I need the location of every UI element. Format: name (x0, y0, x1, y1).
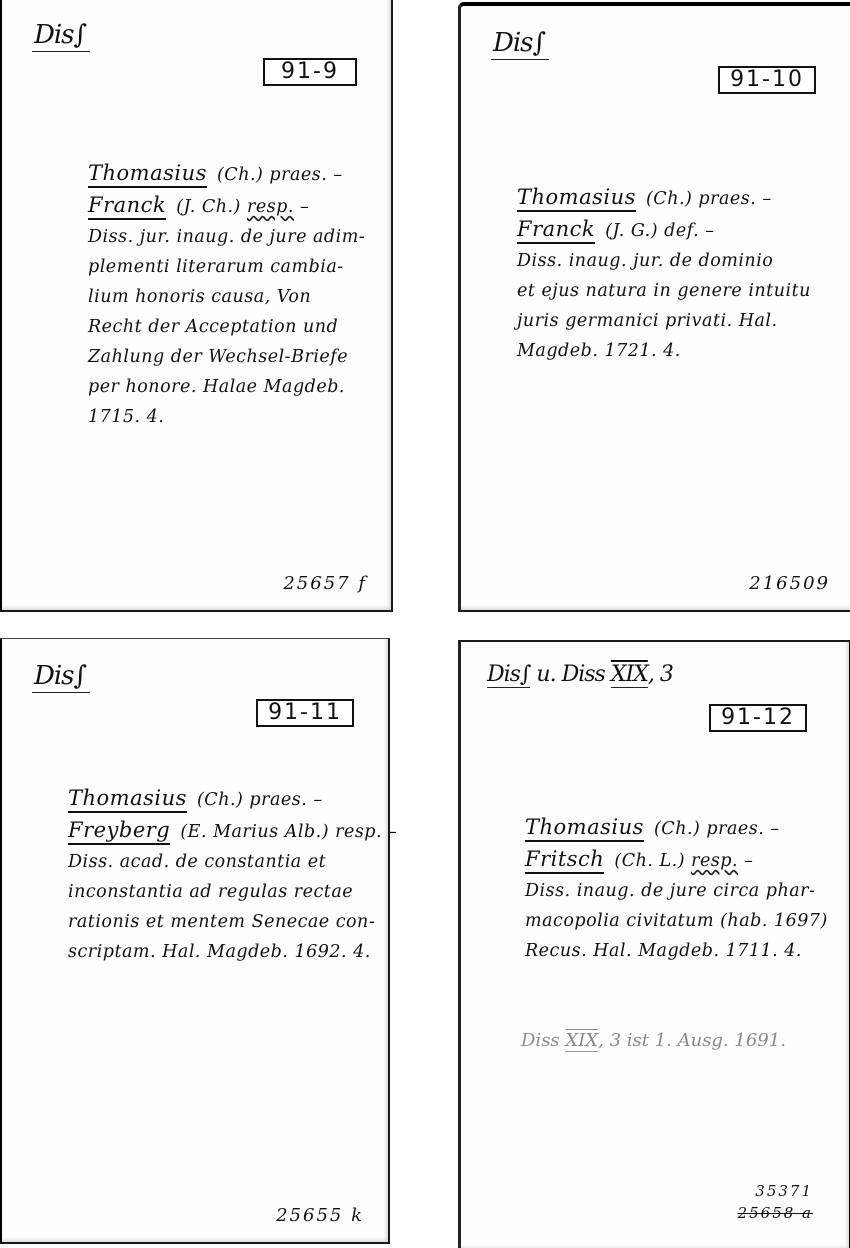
header-mid: u. Diss (530, 662, 610, 687)
respondent-role: resp. (691, 851, 738, 871)
author-name: Thomasius (68, 786, 187, 813)
title-line: Diss. inaug. de jure circa phar- (525, 876, 829, 906)
respondent-initials: (Ch. L.) (614, 851, 685, 871)
author-line: Thomasius (Ch.) praes. – (88, 158, 371, 190)
respondent-initials: (J. Ch.) (176, 197, 241, 217)
respondent-line: Fritsch (Ch. L.) resp. – (525, 844, 829, 876)
imprint-line: scriptam. Hal. Magdeb. 1692. 4. (68, 937, 368, 967)
author-role: (Ch.) praes. – (217, 165, 343, 185)
catalog-card-91-10: Dis∫ 91-10 Thomasius (Ch.) praes. – Fran… (458, 2, 850, 612)
card-header-dis: Dis∫ u. Diss XIX, 3 (485, 662, 677, 688)
author-line: Thomasius (Ch.) praes. – (517, 182, 834, 214)
respondent-role: resp. (335, 822, 382, 842)
dash: – (738, 851, 753, 871)
bibliographic-entry: Thomasius (Ch.) praes. – Freyberg (E. Ma… (68, 783, 368, 967)
title-line: Diss. jur. inaug. de jure adim- (88, 222, 371, 252)
bibliographic-entry: Thomasius (Ch.) praes. – Fritsch (Ch. L.… (525, 812, 829, 966)
card-header-dis: Dis∫ (491, 28, 549, 60)
header-dis: Dis∫ (487, 662, 530, 688)
respondent-role: def. (664, 221, 699, 241)
title-line: macopolia civitatum (hab. 1697) (525, 906, 829, 936)
author-line: Thomasius (Ch.) praes. – (68, 783, 368, 815)
card-header-dis: Dis∫ (32, 20, 90, 52)
shelfmark-box: 91-11 (256, 699, 354, 727)
respondent-name: Freyberg (68, 818, 170, 845)
respondent-initials: (J. G.) (605, 221, 658, 241)
shelfmark-box: 91-12 (709, 704, 807, 732)
accession-number-old-struck: 25658 a (738, 1202, 813, 1224)
dash: – (382, 822, 397, 842)
header-roman: XIX (611, 662, 648, 688)
bibliographic-entry: Thomasius (Ch.) praes. – Franck (J. Ch.)… (88, 158, 371, 432)
bibliographic-entry: Thomasius (Ch.) praes. – Franck (J. G.) … (517, 182, 834, 366)
title-line: et ejus natura in genere intuitu (517, 276, 834, 306)
author-role: (Ch.) praes. – (654, 819, 780, 839)
accession-number: 25655 k (276, 1205, 364, 1226)
accession-number: 25657 f (283, 573, 367, 594)
respondent-line: Freyberg (E. Marius Alb.) resp. – (68, 815, 368, 847)
accession-numbers: 35371 25658 a (738, 1180, 813, 1224)
shelfmark-box: 91-9 (263, 58, 357, 86)
respondent-initials: (E. Marius Alb.) (180, 822, 329, 842)
imprint-line: 1715. 4. (88, 402, 371, 432)
pencil-note: Diss XIX, 3 ist 1. Ausg. 1691. (521, 1030, 786, 1051)
header-suffix: , 3 (648, 662, 673, 687)
respondent-name: Franck (88, 193, 166, 220)
catalog-card-91-9: Dis∫ 91-9 Thomasius (Ch.) praes. – Franc… (0, 0, 393, 612)
author-role: (Ch.) praes. – (646, 189, 772, 209)
title-line: Diss. inaug. jur. de dominio (517, 246, 834, 276)
dash: – (699, 221, 714, 241)
shelfmark-box: 91-10 (718, 66, 816, 94)
author-name: Thomasius (525, 815, 644, 842)
respondent-line: Franck (J. G.) def. – (517, 214, 834, 246)
respondent-name: Franck (517, 217, 595, 244)
note-suffix: , 3 ist 1. Ausg. 1691. (598, 1030, 786, 1051)
author-name: Thomasius (88, 161, 207, 188)
note-roman: XIX (565, 1030, 598, 1052)
imprint-line: Recus. Hal. Magdeb. 1711. 4. (525, 936, 829, 966)
title-line: plementi literarum cambia- (88, 252, 371, 282)
title-line: Zahlung der Wechsel-Briefe (88, 342, 371, 372)
author-role: (Ch.) praes. – (197, 790, 323, 810)
accession-number-new: 35371 (738, 1180, 813, 1202)
author-name: Thomasius (517, 185, 636, 212)
respondent-name: Fritsch (525, 847, 604, 874)
note-prefix: Diss (521, 1030, 565, 1051)
title-line: juris germanici privati. Hal. (517, 306, 834, 336)
respondent-line: Franck (J. Ch.) resp. – (88, 190, 371, 222)
title-line: lium honoris causa, Von (88, 282, 371, 312)
dash: – (294, 197, 309, 217)
title-line: inconstantia ad regulas rectae (68, 877, 368, 907)
title-line: rationis et mentem Senecae con- (68, 907, 368, 937)
title-line: per honore. Halae Magdeb. (88, 372, 371, 402)
card-header-dis: Dis∫ (32, 661, 90, 693)
catalog-card-91-12: Dis∫ u. Diss XIX, 3 91-12 Thomasius (Ch.… (458, 640, 850, 1248)
title-line: Recht der Acceptation und (88, 312, 371, 342)
catalog-card-91-11: Dis∫ 91-11 Thomasius (Ch.) praes. – Frey… (0, 638, 390, 1244)
imprint-line: Magdeb. 1721. 4. (517, 336, 834, 366)
respondent-role: resp. (247, 197, 294, 217)
author-line: Thomasius (Ch.) praes. – (525, 812, 829, 844)
accession-number: 216509 (749, 573, 830, 594)
title-line: Diss. acad. de constantia et (68, 847, 368, 877)
